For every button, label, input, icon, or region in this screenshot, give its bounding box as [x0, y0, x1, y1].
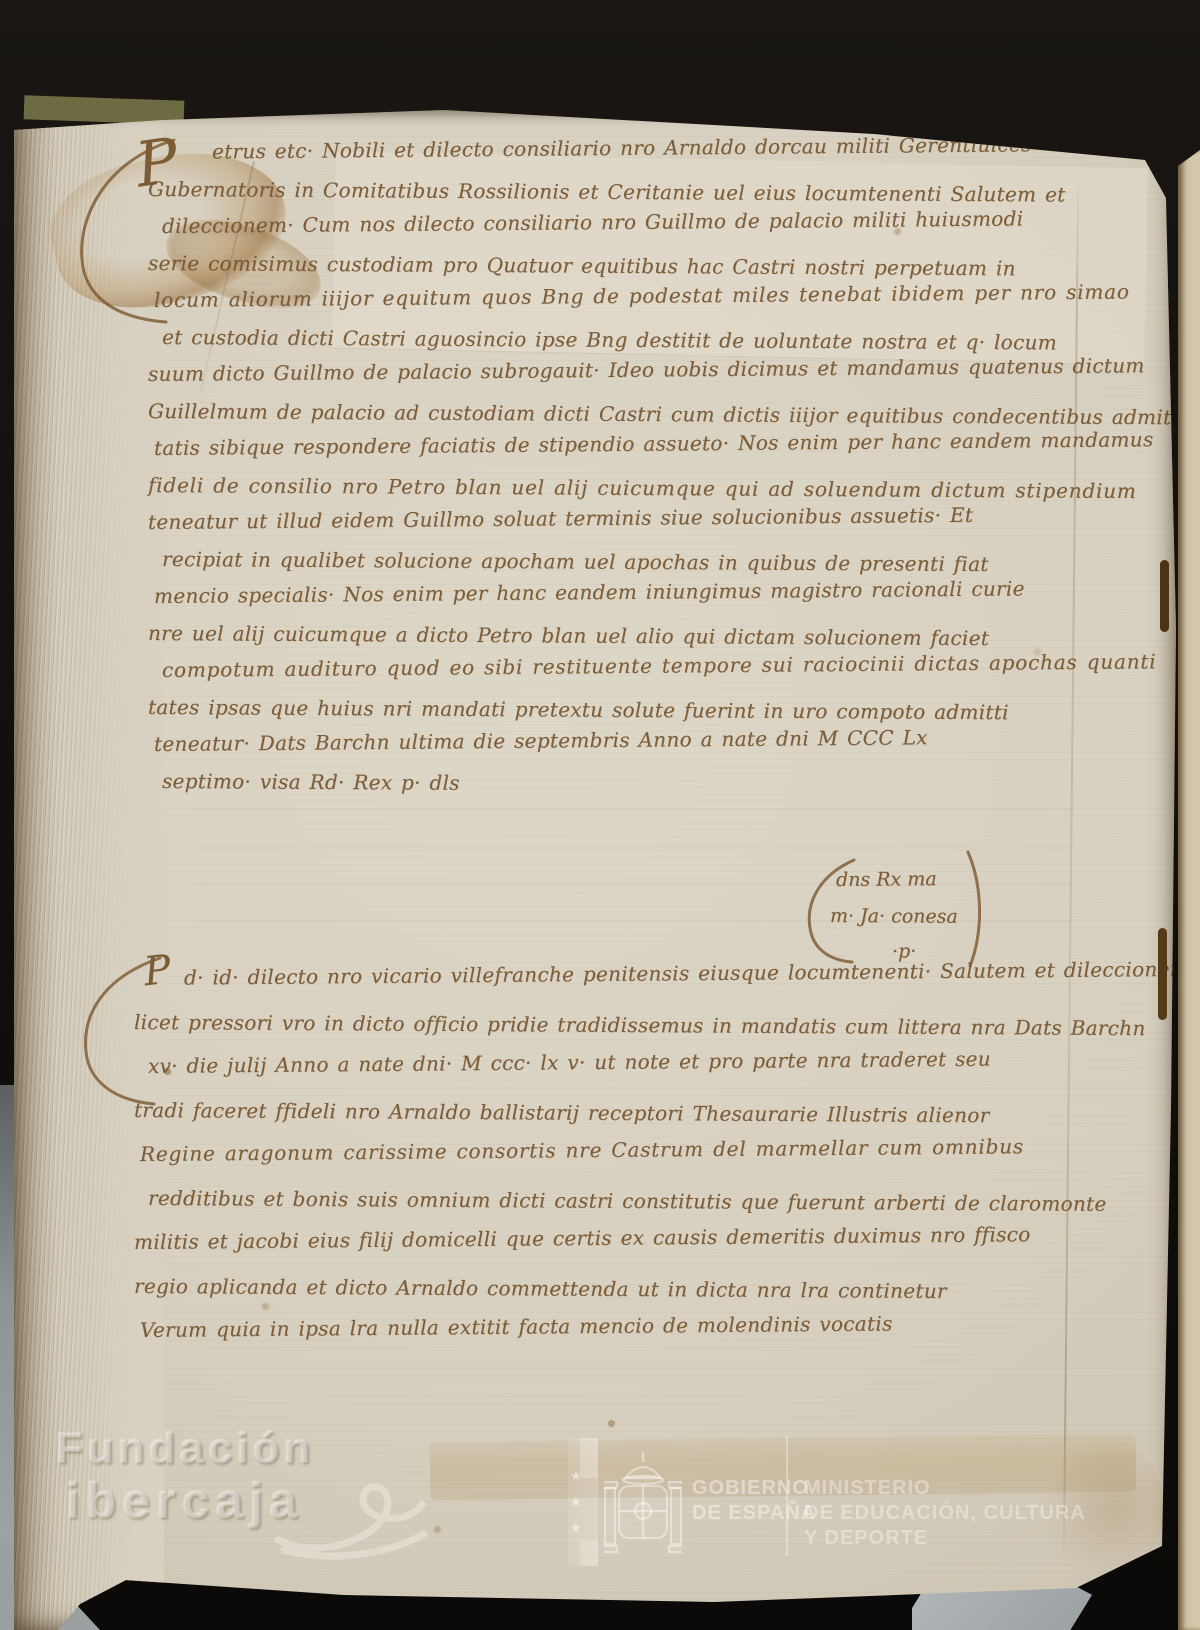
page-edge-shading — [14, 108, 1176, 1630]
star-icon: ★ — [570, 1468, 582, 1484]
ministerio-line-1: MINISTERIO — [804, 1476, 1086, 1501]
ibercaja-watermark-line-1: Fundación — [56, 1424, 314, 1474]
ministerio-line-3: Y DEPORTE — [804, 1526, 1086, 1551]
manuscript-page: P etrus etc· Nobili et dilecto consiliar… — [14, 108, 1176, 1630]
spain-coat-of-arms-icon — [604, 1450, 682, 1566]
watermark-divider — [786, 1436, 788, 1556]
gobierno-watermark-text: GOBIERNO DE ESPAÑA — [692, 1476, 816, 1526]
page-edge-damage — [1158, 928, 1167, 1020]
manuscript-photo: P etrus etc· Nobili et dilecto consiliar… — [0, 0, 1200, 1630]
gobierno-line-1: GOBIERNO — [692, 1476, 816, 1501]
underlying-page-edge — [1178, 150, 1200, 1630]
ibercaja-watermark-line-2: ibercaja — [66, 1472, 303, 1530]
flag-bar-top — [580, 1438, 598, 1478]
ministerio-watermark-text: MINISTERIO DE EDUCACIÓN, CULTURA Y DEPOR… — [804, 1476, 1086, 1551]
gobierno-line-2: DE ESPAÑA — [692, 1501, 816, 1526]
swan-logo-icon — [274, 1480, 434, 1560]
flag-bar-bottom — [580, 1540, 598, 1566]
ministerio-line-2: DE EDUCACIÓN, CULTURA — [804, 1501, 1086, 1526]
star-icon: ★ — [570, 1494, 582, 1510]
page-edge-damage — [1160, 560, 1169, 632]
star-icon: ★ — [570, 1520, 582, 1536]
